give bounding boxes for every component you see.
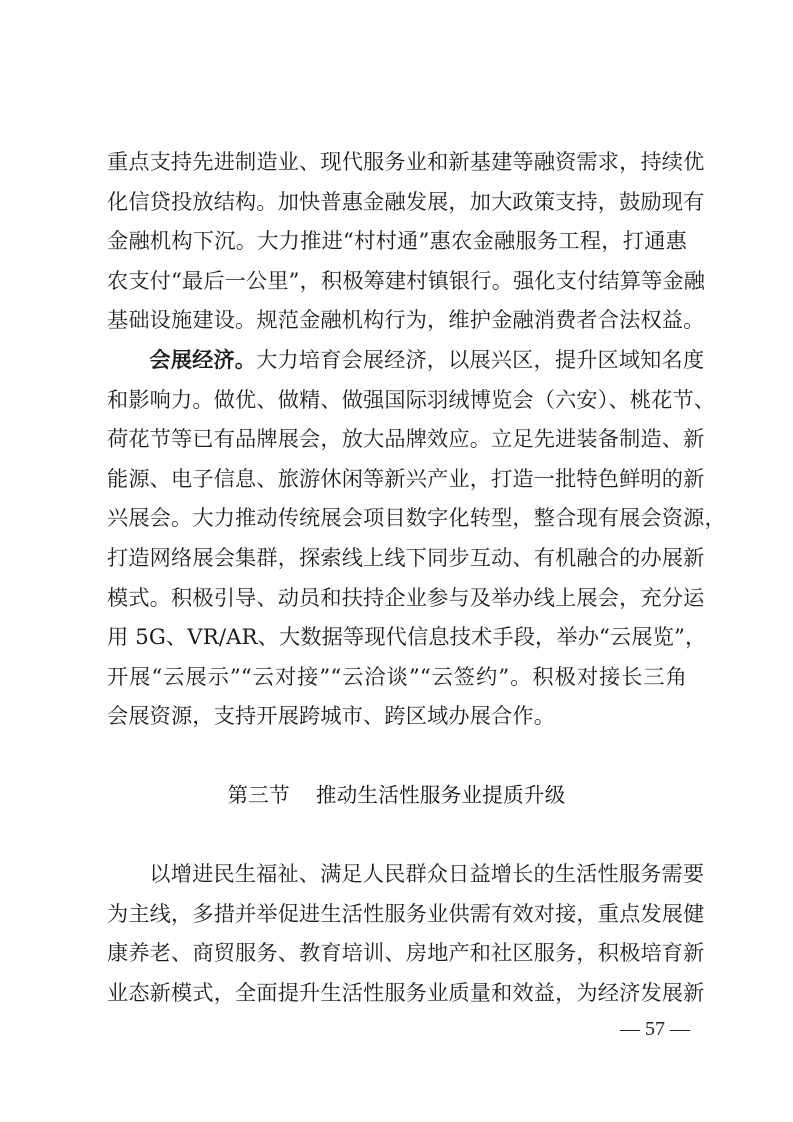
text-line: 荷花节等已有品牌展会，放大品牌效应。立足先进装备制造、新 — [107, 419, 687, 459]
text-line: 为主线，多措并举促进生活性服务业供需有效对接，重点发展健 — [107, 894, 687, 934]
text-line: 基础设施建设。规范金融机构行为，维护金融消费者合法权益。 — [107, 300, 687, 340]
text-line-first: 以增进民生福祉、满足人民群众日益增长的生活性服务需要 — [107, 854, 687, 894]
section-heading: 第三节推动生活性服务业提质升级 — [0, 780, 793, 810]
text-line: 兴展会。大力推动传统展会项目数字化转型，整合现有展会资源， — [107, 498, 687, 538]
text-line-first: 会展经济。大力培育会展经济，以展兴区，提升区域知名度 — [107, 340, 687, 380]
text-line: 重点支持先进制造业、现代服务业和新基建等融资需求，持续优 — [107, 142, 687, 182]
text-line: 康养老、商贸服务、教育培训、房地产和社区服务，积极培育新 — [107, 933, 687, 973]
text-line: 化信贷投放结构。加快普惠金融发展，加大政策支持，鼓励现有 — [107, 182, 687, 222]
paragraph-exhibition-economy: 会展经济。大力培育会展经济，以展兴区，提升区域知名度 和影响力。做优、做精、做强… — [107, 340, 687, 736]
page-number: — 57 — — [610, 1016, 690, 1042]
paragraph-lifestyle-services: 以增进民生福祉、满足人民群众日益增长的生活性服务需要 为主线，多措并举促进生活性… — [107, 854, 687, 1012]
text-line: 用 5G、VR/AR、大数据等现代信息技术手段，举办“云展览”， — [107, 617, 687, 657]
section-title: 推动生活性服务业提质升级 — [316, 783, 566, 807]
text-line: 会展资源，支持开展跨城市、跨区域办展合作。 — [107, 696, 687, 736]
section-number: 第三节 — [227, 783, 289, 807]
text-line: 业态新模式，全面提升生活性服务业质量和效益，为经济发展新 — [107, 973, 687, 1013]
paragraph-lead-heading: 会展经济。 — [149, 347, 256, 372]
text-line: 和影响力。做优、做精、做强国际羽绒博览会（六安）、桃花节、 — [107, 380, 687, 420]
text-line: 开展“云展示”“云对接”“云洽谈”“云签约”。积极对接长三角 — [107, 657, 687, 697]
text-line: 打造网络展会集群，探索线上线下同步互动、有机融合的办展新 — [107, 538, 687, 578]
text-line: 金融机构下沉。大力推进“村村通”惠农金融服务工程，打通惠 — [107, 221, 687, 261]
paragraph-finance: 重点支持先进制造业、现代服务业和新基建等融资需求，持续优 化信贷投放结构。加快普… — [107, 142, 687, 340]
text-line: 农支付“最后一公里”，积极筹建村镇银行。强化支付结算等金融 — [107, 261, 687, 301]
document-page: 重点支持先进制造业、现代服务业和新基建等融资需求，持续优 化信贷投放结构。加快普… — [0, 0, 793, 1122]
text-line: 模式。积极引导、动员和扶持企业参与及举办线上展会，充分运 — [107, 578, 687, 618]
text-line: 能源、电子信息、旅游休闲等新兴产业，打造一批特色鲜明的新 — [107, 459, 687, 499]
text-line-rest: 大力培育会展经济，以展兴区，提升区域知名度 — [256, 347, 704, 372]
